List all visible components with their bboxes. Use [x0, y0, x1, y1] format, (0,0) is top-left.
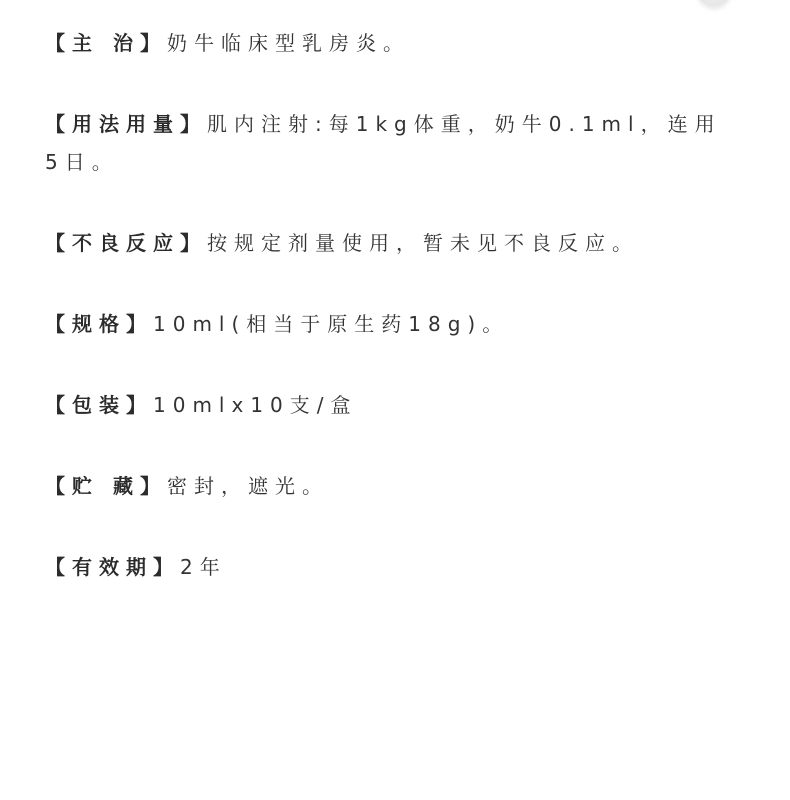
drug-info-document: 【主 治】奶牛临床型乳房炎。 【用法用量】肌内注射:每1kg体重，奶牛0.1ml…	[0, 0, 790, 586]
section-adverse-reactions: 【不良反应】按规定剂量使用，暂未见不良反应。	[45, 224, 745, 262]
section-storage-heading: 【贮 藏】	[45, 474, 167, 498]
section-specification-heading: 【规格】	[45, 312, 153, 336]
section-packaging: 【包装】10mlx10支/盒	[45, 386, 745, 424]
section-dosage-body-line2: 5日。	[45, 150, 119, 174]
section-specification-body: 10ml(相当于原生药18g)。	[153, 312, 509, 336]
section-specification: 【规格】10ml(相当于原生药18g)。	[45, 305, 745, 343]
section-packaging-heading: 【包装】	[45, 393, 153, 417]
section-shelf-life-body: 2年	[180, 555, 227, 579]
section-indications-heading: 【主 治】	[45, 31, 167, 55]
section-shelf-life: 【有效期】2年	[45, 548, 745, 586]
section-dosage-body-line1: 肌内注射:每1kg体重，奶牛0.1ml，连用	[207, 112, 722, 136]
section-dosage: 【用法用量】肌内注射:每1kg体重，奶牛0.1ml，连用5日。	[45, 105, 745, 181]
section-adverse-reactions-heading: 【不良反应】	[45, 231, 207, 255]
section-adverse-reactions-body: 按规定剂量使用，暂未见不良反应。	[207, 231, 639, 255]
section-dosage-heading: 【用法用量】	[45, 112, 207, 136]
section-shelf-life-heading: 【有效期】	[45, 555, 180, 579]
section-indications-body: 奶牛临床型乳房炎。	[167, 31, 410, 55]
section-packaging-body: 10mlx10支/盒	[153, 393, 358, 417]
section-indications: 【主 治】奶牛临床型乳房炎。	[45, 24, 745, 62]
section-storage-body: 密封，遮光。	[167, 474, 329, 498]
section-storage: 【贮 藏】密封，遮光。	[45, 467, 745, 505]
